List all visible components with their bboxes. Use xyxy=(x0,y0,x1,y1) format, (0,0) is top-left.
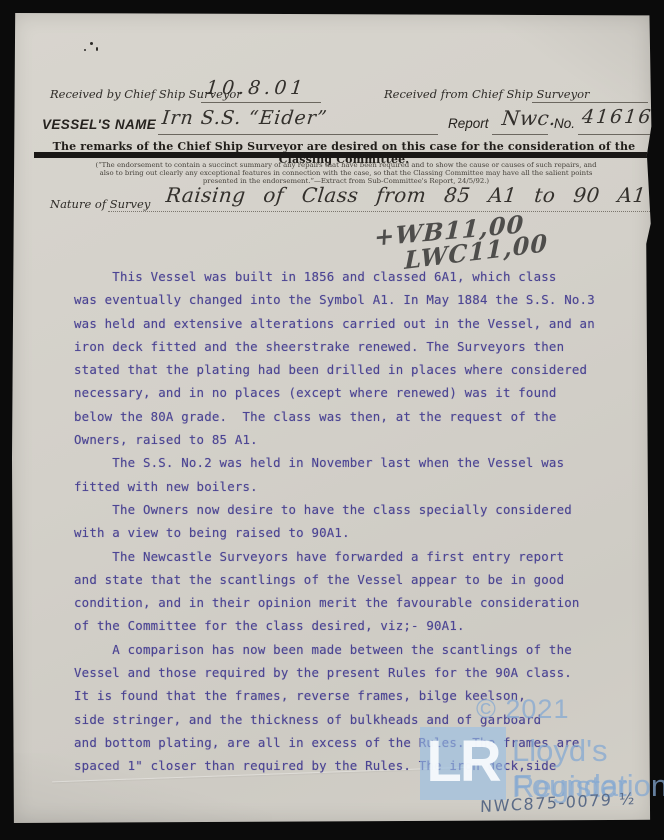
report-underline xyxy=(492,134,548,135)
vessel-name-underline xyxy=(158,134,438,135)
ink-speck xyxy=(96,47,98,51)
report-no-value: 41616 xyxy=(581,106,654,128)
vessel-name-label: VESSEL'S NAME xyxy=(42,117,156,132)
received-from-underline xyxy=(532,102,648,103)
document-paper: Received by Chief Ship Surveyor 10.8.01 … xyxy=(12,13,652,823)
report-no-underline xyxy=(578,134,654,135)
nature-of-survey-label: Nature of Survey xyxy=(50,197,150,211)
vessel-name-row: VESSEL'S NAME Irn S.S. “Eider” Report Nw… xyxy=(30,109,655,139)
received-row: Received by Chief Ship Surveyor 10.8.01 … xyxy=(38,81,638,105)
endorsement-note: (“The endorsement to contain a succinct … xyxy=(90,161,602,185)
vessel-name-value: Irn S.S. “Eider” xyxy=(161,107,329,129)
nature-of-survey-row: Nature of Survey Raising of Class from 8… xyxy=(38,189,652,215)
report-no-label: No. xyxy=(554,116,575,131)
report-value: Nwc. xyxy=(501,106,558,130)
report-label: Report xyxy=(448,116,489,131)
report-body-text: This Vessel was built in 1856 and classe… xyxy=(74,265,599,778)
scan-background: { "header": { "received_by_label": "Rece… xyxy=(0,0,664,840)
received-from-label: Received from Chief Ship Surveyor xyxy=(384,87,590,101)
received-by-underline xyxy=(201,102,321,103)
nature-dotted-line xyxy=(108,211,652,212)
received-by-value: 10.8.01 xyxy=(205,77,308,99)
ink-speck xyxy=(84,49,86,51)
ink-speck xyxy=(90,42,93,45)
nature-of-survey-value: Raising of Class from 85 A1 to 90 A1 xyxy=(165,183,647,207)
divider-bar xyxy=(34,152,656,158)
